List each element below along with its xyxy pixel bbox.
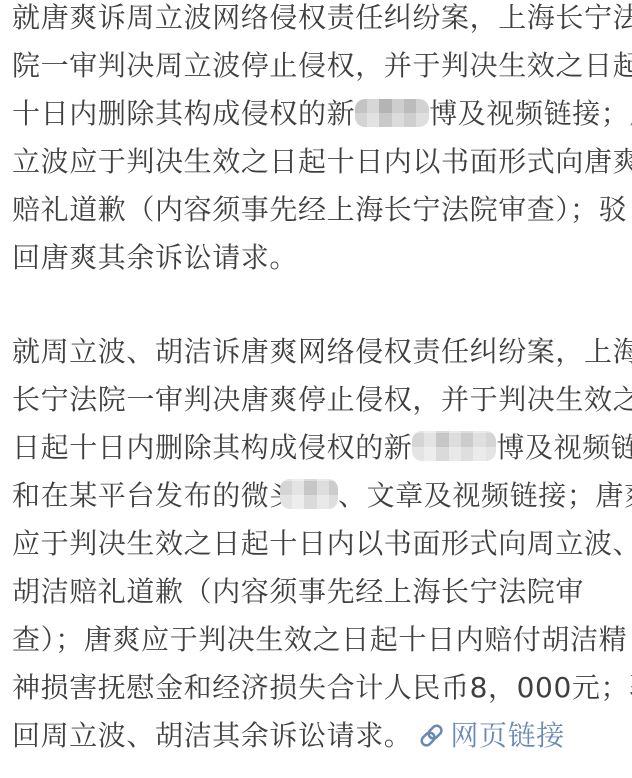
text-line: 回周立波、胡洁其余诉讼请求。网页链接 <box>12 712 626 760</box>
text-line: 就周立波、胡洁诉唐爽网络侵权责任纠纷案，上海 <box>12 328 626 376</box>
text-segment: 神损害抚慰金和经济损失合计人民币8，000元；驳 <box>12 671 632 704</box>
text-segment: 回周立波、胡洁其余诉讼请求。 <box>12 719 412 752</box>
text-line: 应于判决生效之日起十日内以书面形式向周立波、 <box>12 520 626 568</box>
text-line: 神损害抚慰金和经济损失合计人民币8，000元；驳 <box>12 664 626 712</box>
text-segment: 长宁法院一审判决唐爽停止侵权，并于判决生效之 <box>12 383 632 416</box>
web-link[interactable]: 网页链接 <box>412 719 564 752</box>
text-line: 赔礼道歉（内容须事先经上海长宁法院审查）；驳 <box>12 186 626 234</box>
censored-block <box>355 99 429 127</box>
link-icon <box>418 722 445 749</box>
text-segment: 和在某平台发布的微头 <box>12 479 298 512</box>
text-line: 立波应于判决生效之日起十日内以书面形式向唐爽 <box>12 138 626 186</box>
text-segment: 十日内删除其构成侵权的新 <box>12 97 355 130</box>
text-line: 回唐爽其余诉讼请求。 <box>12 234 626 282</box>
text-segment: 博及视频链接 <box>496 431 632 464</box>
text-segment: 查）；唐爽应于判决生效之日起十日内赔付胡洁精 <box>12 623 627 656</box>
text-segment: 回唐爽其余诉讼请求。 <box>12 241 298 274</box>
text-line: 胡洁赔礼道歉（内容须事先经上海长宁法院审 <box>12 568 626 616</box>
text-segment: 、文章及视频链接；唐爽 <box>338 479 632 512</box>
text-segment: 就周立波、胡洁诉唐爽网络侵权责任纠纷案，上海 <box>12 335 632 368</box>
post-text: 就唐爽诉周立波网络侵权责任纠纷案，上海长宁法院一审判决周立波停止侵权，并于判决生… <box>0 0 632 760</box>
text-segment: 院一审判决周立波停止侵权，并于判决生效之日起 <box>12 49 632 82</box>
text-line: 日起十日内删除其构成侵权的新博及视频链接 <box>12 424 626 472</box>
text-segment: 日起十日内删除其构成侵权的新 <box>12 431 412 464</box>
text-segment: 就唐爽诉周立波网络侵权责任纠纷案，上海长宁法 <box>12 1 632 34</box>
text-segment: 胡洁赔礼道歉（内容须事先经上海长宁法院审 <box>12 575 584 608</box>
text-line: 和在某平台发布的微头、文章及视频链接；唐爽 <box>12 472 626 520</box>
text-line: 院一审判决周立波停止侵权，并于判决生效之日起 <box>12 42 626 90</box>
text-segment: 赔礼道歉（内容须事先经上海长宁法院审查）；驳 <box>12 193 627 226</box>
censored-block <box>412 431 496 461</box>
text-line: 十日内删除其构成侵权的新博及视频链接；周 <box>12 90 626 138</box>
paragraph-zhou-hu-v-tang: 就周立波、胡洁诉唐爽网络侵权责任纠纷案，上海长宁法院一审判决唐爽停止侵权，并于判… <box>12 328 626 760</box>
text-segment: 博及视频链接；周 <box>429 97 632 130</box>
text-line: 查）；唐爽应于判决生效之日起十日内赔付胡洁精 <box>12 616 626 664</box>
paragraph-tang-v-zhou: 就唐爽诉周立波网络侵权责任纠纷案，上海长宁法院一审判决周立波停止侵权，并于判决生… <box>12 0 626 282</box>
censored-block <box>280 479 338 509</box>
web-link-label: 网页链接 <box>450 719 564 752</box>
text-segment: 应于判决生效之日起十日内以书面形式向周立波、 <box>12 527 632 560</box>
text-line: 就唐爽诉周立波网络侵权责任纠纷案，上海长宁法 <box>12 0 626 42</box>
text-segment: 立波应于判决生效之日起十日内以书面形式向唐爽 <box>12 145 632 178</box>
text-line: 长宁法院一审判决唐爽停止侵权，并于判决生效之 <box>12 376 626 424</box>
